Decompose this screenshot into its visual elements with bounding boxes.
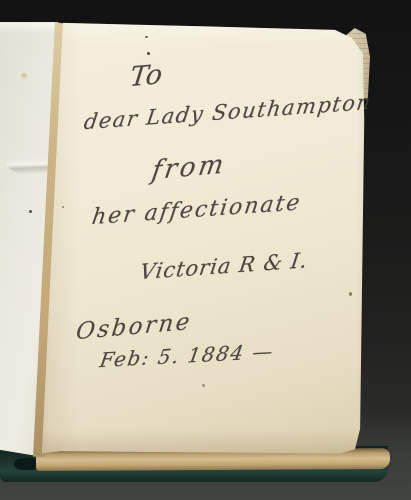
foxing-spot [147,52,150,55]
inscription-line-from: from [150,151,228,184]
foxing-spot [29,210,32,213]
foxing-spot [349,292,352,296]
foxing-spot [62,206,64,208]
page-shading [34,18,378,460]
inscription-line-to: To [128,61,163,91]
inscription-page [34,18,378,460]
book-photo: To dear Lady Southampton from her affect… [0,0,411,500]
foxing-spot [145,36,148,38]
foxing-spot [21,73,27,78]
foxing-spot [202,384,205,387]
